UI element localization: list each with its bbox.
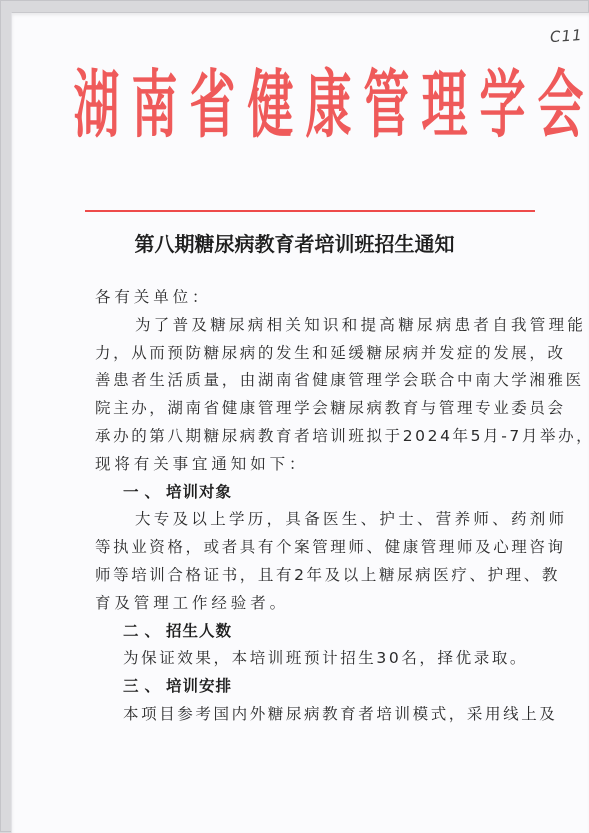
red-divider-rule (85, 210, 535, 212)
masthead-char: 康 (306, 52, 349, 158)
salutation: 各有关单位： (95, 284, 531, 312)
masthead-char: 管 (364, 52, 407, 158)
masthead-char: 南 (132, 52, 175, 158)
masthead-char: 会 (538, 52, 581, 158)
handwritten-annotation: C11 (549, 26, 583, 46)
section-title: 培训安排 (166, 677, 232, 695)
section-title: 招生人数 (166, 622, 232, 640)
organization-masthead: 湖 南 省 健 康 管 理 学 会 (66, 60, 546, 150)
section-line: 为保证效果，本培训班预计招生30名，择优录取。 (95, 645, 531, 673)
section-line: 师等培训合格证书，且有2年及以上糖尿病医疗、护理、教 (95, 562, 531, 590)
section-number: 二 (123, 622, 145, 640)
section-heading-3: 三、培训安排 (95, 673, 531, 701)
section-line: 大专及以上学历，具备医生、护士、营养师、药剂师 (95, 506, 531, 534)
section-line: 等执业资格，或者具有个案管理师、健康管理师及心理咨询 (95, 534, 531, 562)
document-body: 各有关单位： 为了普及糖尿病相关知识和提高糖尿病患者自我管理能 力，从而预防糖尿… (95, 284, 531, 729)
masthead-char: 健 (248, 52, 291, 158)
intro-line: 院主办，湖南省健康管理学会糖尿病教育与管理专业委员会 (95, 395, 531, 423)
section-line: 本项目参考国内外糖尿病教育者培训模式，采用线上及 (95, 701, 531, 729)
intro-line: 力，从而预防糖尿病的发生和延缓糖尿病并发症的发展，改 (95, 340, 531, 368)
section-title: 培训对象 (166, 483, 232, 501)
section-separator: 、 (145, 622, 167, 640)
intro-line: 现将有关事宜通知如下： (95, 451, 531, 479)
section-separator: 、 (145, 483, 167, 501)
section-separator: 、 (145, 677, 167, 695)
masthead-char: 学 (480, 52, 523, 158)
intro-line: 为了普及糖尿病相关知识和提高糖尿病患者自我管理能 (95, 312, 531, 340)
intro-line: 善患者生活质量，由湖南省健康管理学会联合中南大学湘雅医 (95, 367, 531, 395)
document-title: 第八期糖尿病教育者培训班招生通知 (0, 228, 589, 257)
section-number: 三 (123, 677, 145, 695)
masthead-char: 省 (190, 52, 233, 158)
masthead-char: 理 (422, 52, 465, 158)
section-number: 一 (123, 483, 145, 501)
section-heading-1: 一、培训对象 (95, 479, 531, 507)
intro-line: 承办的第八期糖尿病教育者培训班拟于2024年5月-7月举办， (95, 423, 531, 451)
masthead-char: 湖 (74, 52, 117, 158)
section-line: 育及管理工作经验者。 (95, 590, 531, 618)
section-heading-2: 二、招生人数 (95, 618, 531, 646)
